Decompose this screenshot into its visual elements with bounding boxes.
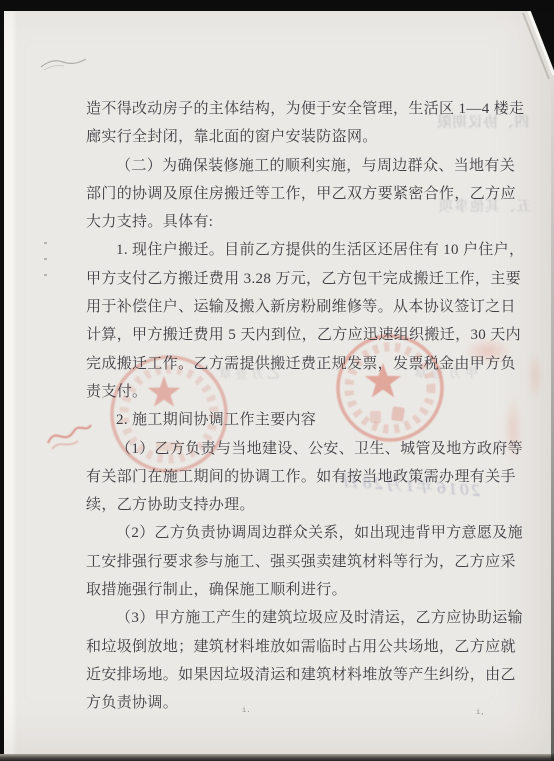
scan-border-left — [0, 0, 4, 761]
document-line: 1. 现住户搬迁。目前乙方提供的生活区还居住有 10 户住户， — [86, 236, 532, 264]
page: 四、协议期限 五、其他事项 乙方签章 甲方签章 2016年1月28日 造不得改动… — [4, 11, 554, 754]
document-line: （二）为确保装修施工的顺利实施，与周边群众、当地有关 — [86, 152, 532, 180]
document-line: 2. 施工期间协调工作主要内容 — [86, 406, 532, 434]
paper-speck: i. — [242, 706, 250, 714]
document-line: （2）乙方负责协调周边群众关系，如出现违背甲方意愿及施 — [86, 519, 532, 547]
document-line: （1）乙方负责与当地建设、公安、卫生、城管及地方政府等 — [86, 435, 532, 463]
document-line: 责支付。 — [86, 378, 532, 406]
document-line: 近安排场地。如果因垃圾清运和建筑材料堆放等产生纠纷，由乙 — [86, 661, 532, 689]
scanned-document-screenshot: { "document": { "language": "zh-CN", "li… — [0, 0, 554, 761]
page-fold-corner — [514, 11, 554, 91]
document-line: 完成搬迁工作。乙方需提供搬迁费正规发票，发票税金由甲方负 — [86, 350, 532, 378]
document-line: 有关部门在施工期间的协调工作。如有按当地政策需办理有关手 — [86, 463, 532, 491]
document-line: 取措施强行制止，确保施工顺利进行。 — [86, 576, 532, 604]
scan-border-top — [0, 0, 554, 11]
crease-mark — [38, 53, 90, 73]
document-line: 续，乙方协助支持办理。 — [86, 491, 532, 519]
document-text: 造不得改动房子的主体结构，为便于安全管理，生活区 1—4 楼走廊实行全封闭，靠北… — [86, 95, 532, 718]
document-line: 廊实行全封闭，靠北面的窗户安装防盗网。 — [86, 123, 532, 151]
document-line: 造不得改动房子的主体结构，为便于安全管理，生活区 1—4 楼走 — [86, 95, 532, 123]
document-line: 工安排强行要求参与施工、强买强卖建筑材料等行为，乙方应采 — [86, 548, 532, 576]
document-line: （3）甲方施工产生的建筑垃圾应及时清运，乙方应协助运输 — [86, 604, 532, 632]
document-line: 部门的协调及原住房搬迁等工作，甲乙双方要紧密合作，乙方应 — [86, 180, 532, 208]
document-line: 计算，甲方搬迁费用 5 天内到位，乙方应迅速组织搬迁，30 天内 — [86, 321, 532, 349]
scan-border-bottom — [0, 754, 554, 761]
document-line: 甲方支付乙方搬迁费用 3.28 万元，乙方包干完成搬迁工作，主要 — [86, 265, 532, 293]
paper-speck: i, — [476, 708, 484, 716]
document-line: 用于补偿住户、运输及搬入新房粉刷维修等。从本协议签订之日 — [86, 293, 532, 321]
left-edge-specks — [44, 242, 47, 288]
document-line: 方负责协调。 — [86, 689, 532, 717]
document-line: 和垃圾倒放地；建筑材料堆放如需临时占用公共场地，乙方应就 — [86, 633, 532, 661]
document-line: 大力支持。具体有: — [86, 208, 532, 236]
